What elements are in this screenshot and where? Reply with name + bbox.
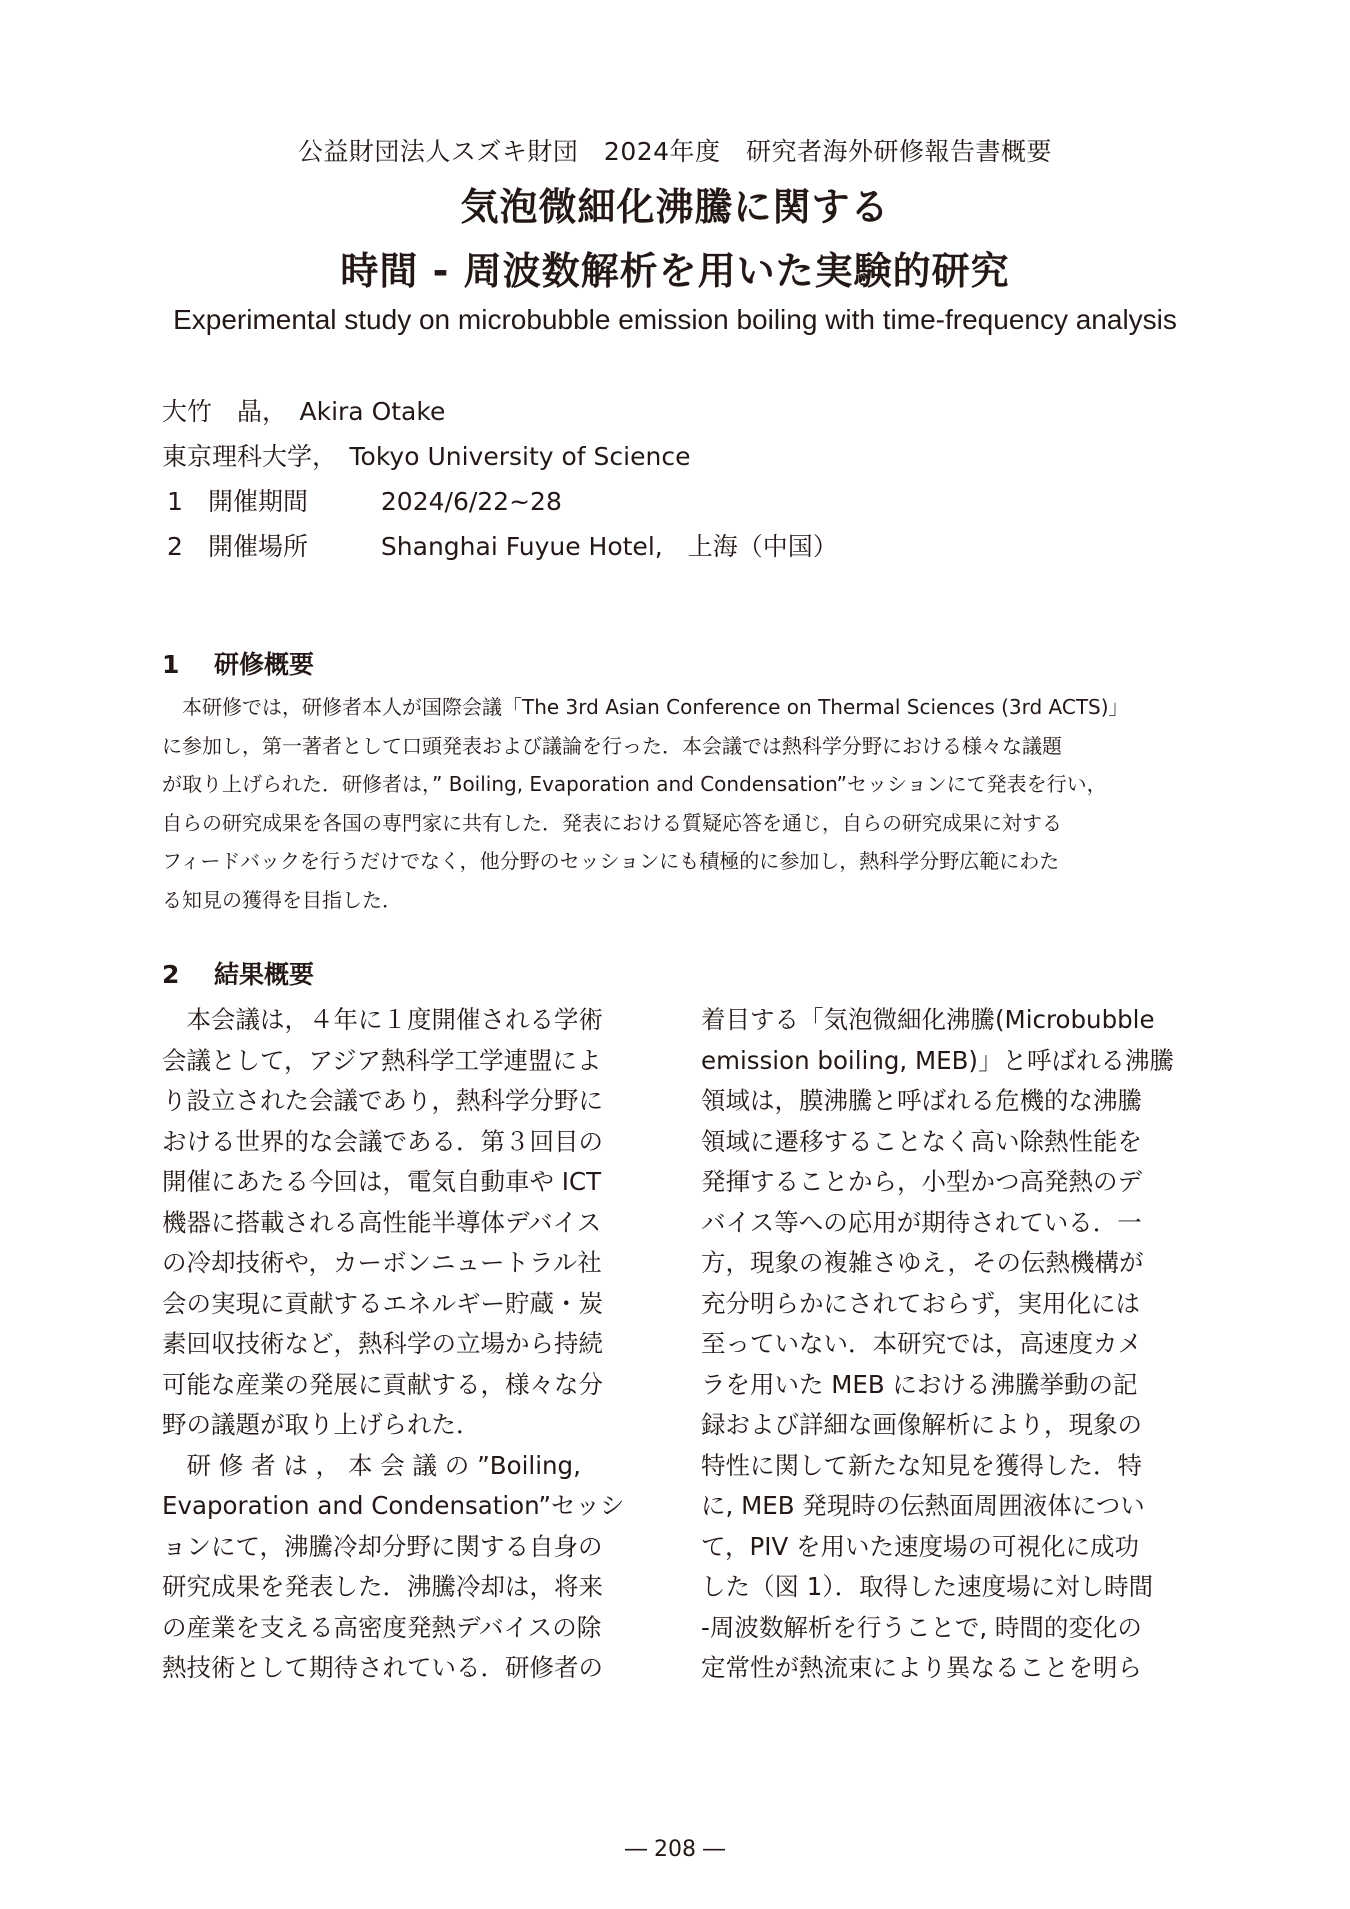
detail-row-venue: 2 開催場所 Shanghai Fuyue Hotel, 上海（中国） <box>150 527 838 563</box>
text-line: 熱技術として期待されている．研修者の <box>162 1648 648 1689</box>
text-line: 開催にあたる今回は，電気自動車や ICT <box>162 1162 648 1203</box>
text-line: -周波数解析を行うことで, 時間的変化の <box>701 1608 1187 1649</box>
detail-label: 開催期間 <box>208 482 373 518</box>
text-line: て，PIV を用いた速度場の可視化に成功 <box>701 1527 1187 1568</box>
detail-row-period: 1 開催期間 2024/6/22~28 <box>150 482 562 518</box>
text-line: る知見の獲得を目指した． <box>162 881 1192 920</box>
text-line: 着目する「気泡微細化沸騰(Microbubble <box>701 1000 1187 1041</box>
text-line: 充分明らかにされておらず，実用化には <box>701 1284 1187 1325</box>
detail-value: Shanghai Fuyue Hotel, 上海（中国） <box>381 532 838 561</box>
text-line: の冷却技術や，カーボンニュートラル社 <box>162 1243 648 1284</box>
section-title: 研修概要 <box>214 650 314 679</box>
section-2-heading: 2結果概要 <box>162 955 314 991</box>
section-2-left-column: 本会議は，４年に１度開催される学術 会議として，アジア熱科学工学連盟によ り設立… <box>162 1000 648 1689</box>
text-line: 自らの研究成果を各国の専門家に共有した．発表における質疑応答を通じ，自らの研究成… <box>162 804 1192 843</box>
section-2-right-column: 着目する「気泡微細化沸騰(Microbubble emission boilin… <box>701 1000 1187 1689</box>
text-line: が取り上げられた．研修者は，” Boiling, Evaporation and… <box>162 765 1192 804</box>
text-line: の産業を支える高密度発熱デバイスの除 <box>162 1608 648 1649</box>
text-line: 本会議は，４年に１度開催される学術 <box>162 1000 648 1041</box>
section-1-paragraph: 本研修では，研修者本人が国際会議「The 3rd Asian Conferenc… <box>162 688 1192 919</box>
page-number: ― 208 ― <box>0 1837 1350 1862</box>
text-line: した（図 1）．取得した速度場に対し時間 <box>701 1567 1187 1608</box>
text-line: に, MEB 発現時の伝熱面周囲液体につい <box>701 1486 1187 1527</box>
text-line: Evaporation and Condensation”セッシ <box>162 1486 648 1527</box>
text-line: フィードバックを行うだけでなく，他分野のセッションにも積極的に参加し，熱科学分野… <box>162 842 1192 881</box>
section-title: 結果概要 <box>214 960 314 989</box>
section-number: 1 <box>162 650 214 679</box>
text-line: emission boiling, MEB)」と呼ばれる沸騰 <box>701 1041 1187 1082</box>
text-line: に参加し，第一著者として口頭発表および議論を行った．本会議では熱科学分野における… <box>162 727 1192 766</box>
author-affiliation: 東京理科大学， Tokyo University of Science <box>162 437 690 473</box>
text-line: 特性に関して新たな知見を獲得した．特 <box>701 1446 1187 1487</box>
text-line: 可能な産業の発展に貢献する，様々な分 <box>162 1365 648 1406</box>
text-line: 定常性が熱流束により異なることを明ら <box>701 1648 1187 1689</box>
page-title-line-2: 時間 - 周波数解析を用いた実験的研究 <box>0 240 1350 295</box>
text-line: 研究成果を発表した．沸騰冷却は，将来 <box>162 1567 648 1608</box>
text-line: 方，現象の複雑さゆえ，その伝熱機構が <box>701 1243 1187 1284</box>
text-line: 本研修では，研修者本人が国際会議「The 3rd Asian Conferenc… <box>162 688 1192 727</box>
text-line: 研 修 者 は ， 本 会 議 の ”Boiling, <box>162 1446 648 1487</box>
text-line: 会議として，アジア熱科学工学連盟によ <box>162 1041 648 1082</box>
text-line: 至っていない．本研究では，高速度カメ <box>701 1324 1187 1365</box>
section-1-heading: 1研修概要 <box>162 645 314 681</box>
text-line: り設立された会議であり，熱科学分野に <box>162 1081 648 1122</box>
text-line: 野の議題が取り上げられた． <box>162 1405 648 1446</box>
page-title-line-1: 気泡微細化沸騰に関する <box>0 176 1350 231</box>
section-number: 2 <box>162 960 214 989</box>
text-line: おける世界的な会議である．第３回目の <box>162 1122 648 1163</box>
detail-label: 開催場所 <box>208 527 373 563</box>
text-line: 会の実現に貢献するエネルギー貯蔵・炭 <box>162 1284 648 1325</box>
text-line: ョンにて，沸騰冷却分野に関する自身の <box>162 1527 648 1568</box>
report-series-header: 公益財団法人スズキ財団 2024年度 研究者海外研修報告書概要 <box>0 132 1350 168</box>
detail-value: 2024/6/22~28 <box>381 487 562 516</box>
text-line: 素回収技術など，熱科学の立場から持続 <box>162 1324 648 1365</box>
english-subtitle: Experimental study on microbubble emissi… <box>0 304 1350 336</box>
text-line: ラを用いた MEB における沸騰挙動の記 <box>701 1365 1187 1406</box>
text-line: 領域に遷移することなく高い除熱性能を <box>701 1122 1187 1163</box>
text-line: 機器に搭載される高性能半導体デバイス <box>162 1203 648 1244</box>
detail-number: 2 <box>150 532 200 561</box>
author-name: 大竹 晶， Akira Otake <box>162 392 445 428</box>
text-line: 領域は，膜沸騰と呼ばれる危機的な沸騰 <box>701 1081 1187 1122</box>
text-line: 録および詳細な画像解析により，現象の <box>701 1405 1187 1446</box>
detail-number: 1 <box>150 487 200 516</box>
text-line: 発揮することから，小型かつ高発熱のデ <box>701 1162 1187 1203</box>
text-line: バイス等への応用が期待されている．一 <box>701 1203 1187 1244</box>
